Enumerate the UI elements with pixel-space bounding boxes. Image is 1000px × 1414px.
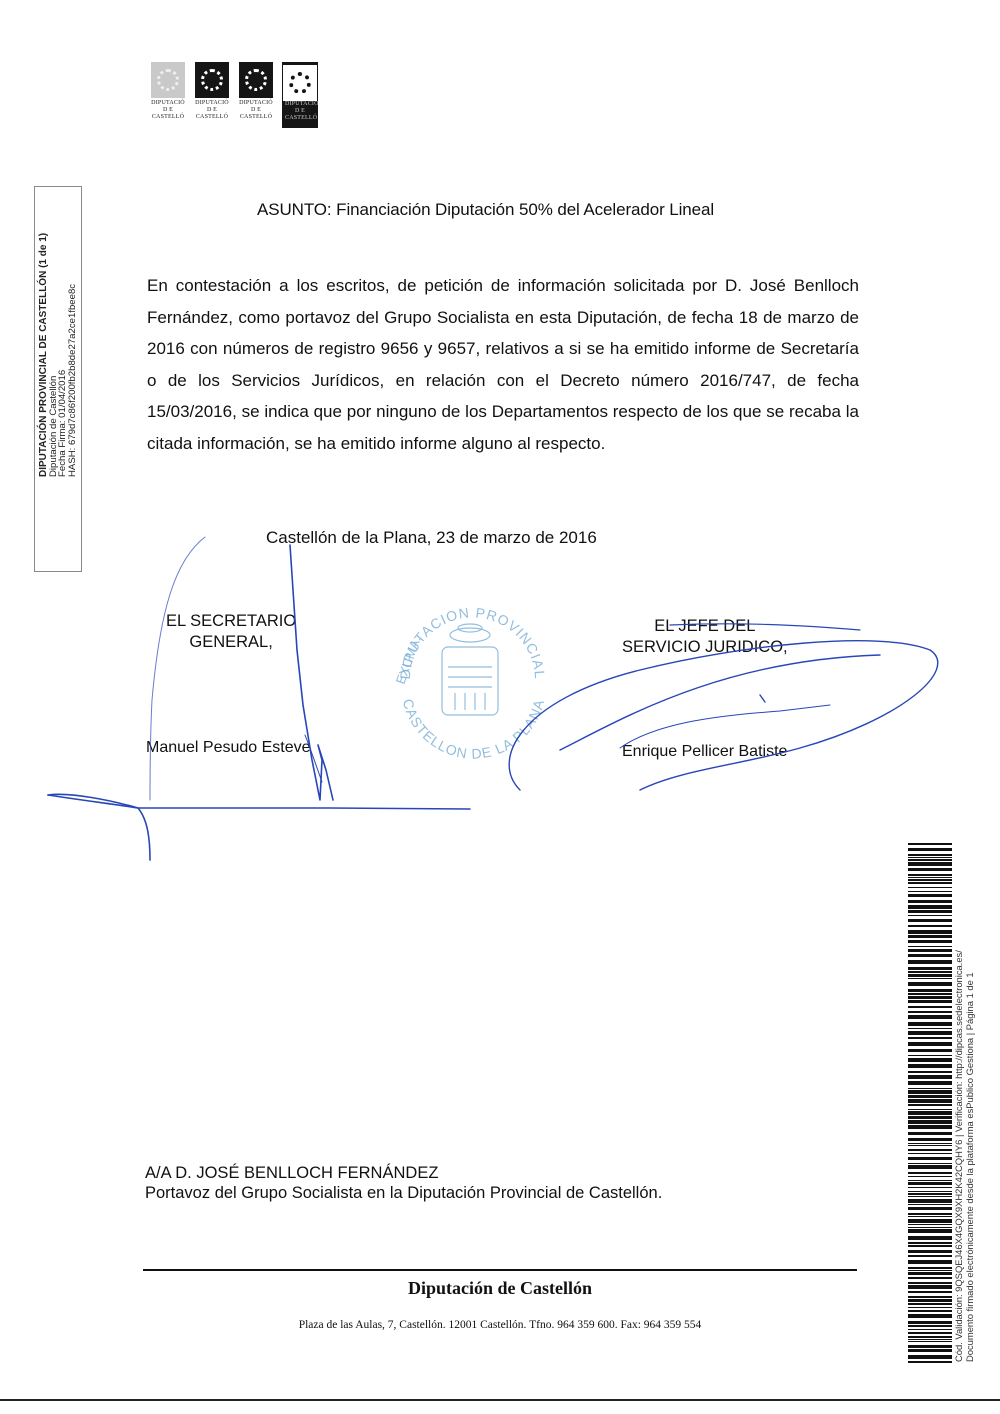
svg-text:CASTELLON DE LA PLANA: CASTELLON DE LA PLANA	[400, 697, 547, 762]
body-paragraph: En contestación a los escritos, de petic…	[147, 270, 859, 459]
logo-framed: DIPUTACIÓD ECASTELLÓ	[282, 62, 318, 128]
barcode-icon	[908, 843, 952, 1363]
logo-grey: DIPUTACIÓD ECASTELLÓ	[150, 62, 186, 128]
left-signatory-name: Manuel Pesudo Esteve	[146, 739, 311, 757]
logo-black: DIPUTACIÓD ECASTELLÓ	[194, 62, 230, 128]
electronic-signature-stamp: DIPUTACIÓN PROVINCIAL DE CASTELLÓN (1 de…	[34, 186, 82, 572]
star-circle-emblem-icon	[283, 65, 317, 101]
logo-caption: DIPUTACIÓD ECASTELLÓ	[285, 101, 315, 125]
logo-caption: DIPUTACIÓD ECASTELLÓ	[239, 100, 273, 121]
footer-organization: Diputación de Castellón	[143, 1278, 857, 1299]
stamp-hash: HASH: 679d7c86f200fb2b8de27a2ce1fbee8c	[68, 233, 78, 477]
signature-stamp-text: DIPUTACIÓN PROVINCIAL DE CASTELLÓN (1 de…	[39, 233, 77, 477]
recipient-block: A/A D. JOSÉ BENLLOCH FERNÁNDEZ Portavoz …	[145, 1163, 662, 1203]
star-circle-emblem-icon	[239, 62, 273, 98]
logo-caption: DIPUTACIÓD ECASTELLÓ	[151, 100, 185, 121]
seal-left-text: EXCMA.	[393, 634, 424, 686]
recipient-name: A/A D. JOSÉ BENLLOCH FERNÁNDEZ	[145, 1163, 662, 1183]
verification-platform: Documento firmado electrónicamente desde…	[965, 950, 976, 1362]
institution-logos: DIPUTACIÓD ECASTELLÓ DIPUTACIÓD ECASTELL…	[150, 62, 318, 128]
right-signatory-title: EL JEFE DEL SERVICIO JURIDICO,	[622, 616, 788, 658]
left-signatory-title: EL SECRETARIO GENERAL,	[166, 611, 296, 653]
star-circle-emblem-icon	[195, 62, 229, 98]
recipient-role: Portavoz del Grupo Socialista en la Dipu…	[145, 1183, 662, 1203]
place-date: Castellón de la Plana, 23 de marzo de 20…	[266, 528, 597, 548]
right-signatory-name: Enrique Pellicer Batiste	[622, 743, 787, 761]
footer-divider	[143, 1269, 857, 1271]
footer-address: Plaza de las Aulas, 7, Castellón. 12001 …	[143, 1319, 857, 1331]
seal-bottom-text: CASTELLON DE LA PLANA	[400, 697, 547, 762]
subject-line: ASUNTO: Financiación Diputación 50% del …	[257, 200, 714, 220]
logo-caption: DIPUTACIÓD ECASTELLÓ	[195, 100, 229, 121]
verification-text: Cód. Validación: 9QSQEJ46X4GQX9XH2K42CQH…	[954, 950, 975, 1362]
page-edge-line	[0, 1399, 1000, 1401]
verification-code: Cód. Validación: 9QSQEJ46X4GQX9XH2K42CQH…	[954, 950, 965, 1362]
logo-black-2: DIPUTACIÓD ECASTELLÓ	[238, 62, 274, 128]
official-seal-icon: DIPUTACION PROVINCIAL CASTELLON DE LA PL…	[380, 585, 565, 765]
star-circle-emblem-icon	[151, 62, 185, 98]
